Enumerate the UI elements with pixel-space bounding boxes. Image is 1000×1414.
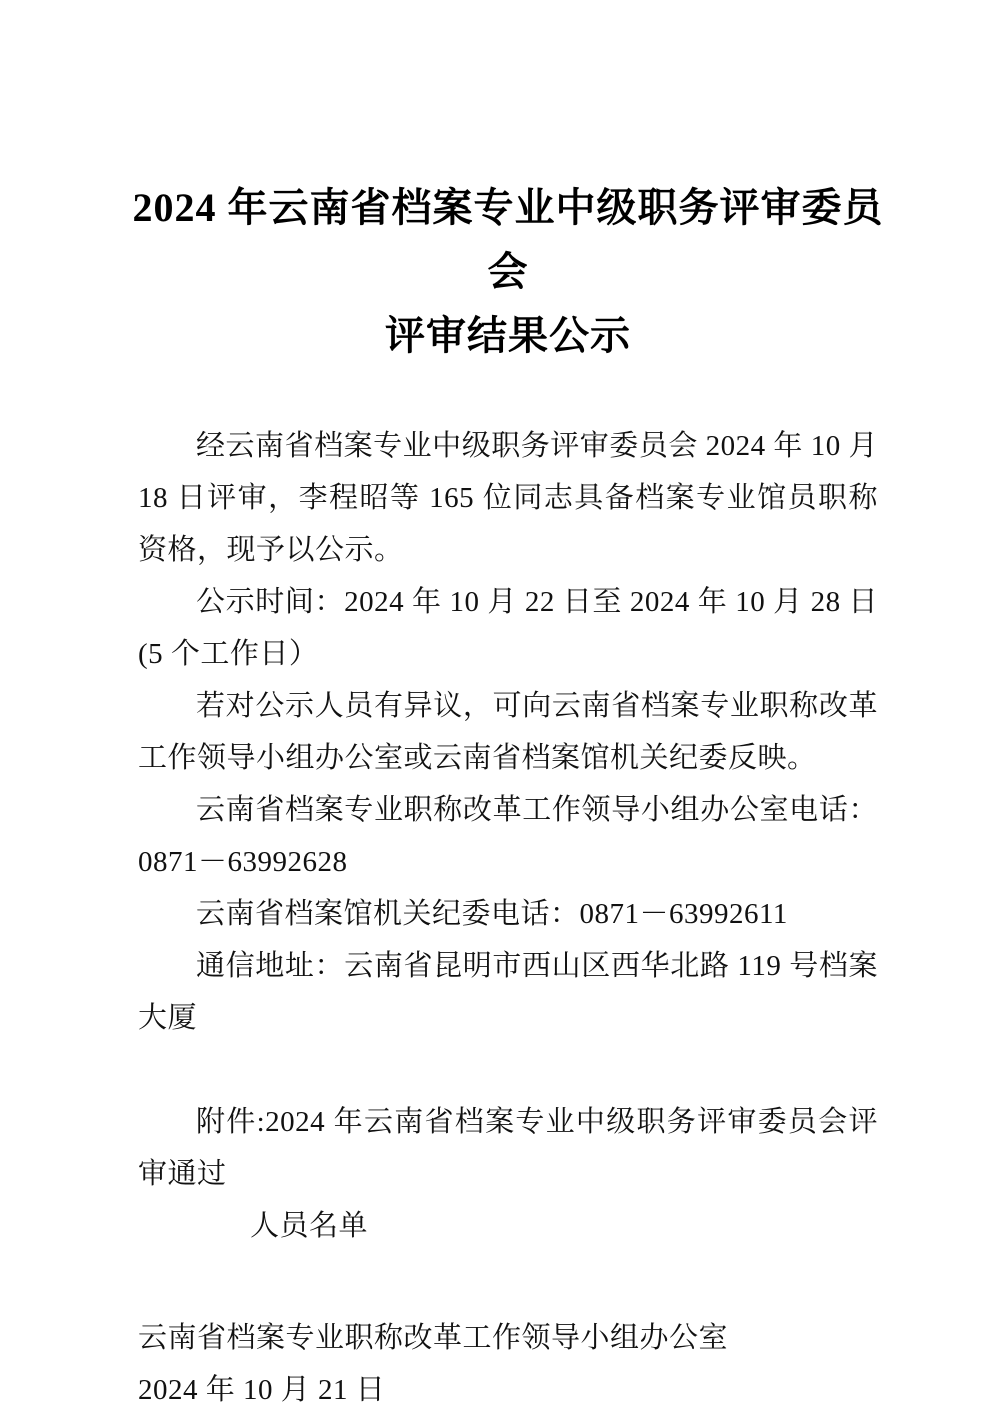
signature-date: 2024 年 10 月 21 日 — [138, 1364, 878, 1414]
signature-block: 云南省档案专业职称改革工作领导小组办公室 2024 年 10 月 21 日 — [138, 1312, 878, 1414]
document-title: 2024 年云南省档案专业中级职务评审委员会 评审结果公示 — [128, 176, 888, 368]
document-body: 经云南省档案专业中级职务评审委员会 2024 年 10 月 18 日评审，李程昭… — [138, 420, 878, 1414]
paragraph-objection-channel: 若对公示人员有异议，可向云南省档案专业职称改革工作领导小组办公室或云南省档案馆机… — [138, 680, 878, 784]
document-title-line1: 2024 年云南省档案专业中级职务评审委员会 — [128, 176, 888, 304]
attachment-note-line1: 附件:2024 年云南省档案专业中级职务评审委员会评审通过 — [138, 1096, 878, 1200]
document-page: 2024 年云南省档案专业中级职务评审委员会 评审结果公示 经云南省档案专业中级… — [0, 0, 1000, 1414]
signature-issuer: 云南省档案专业职称改革工作领导小组办公室 — [138, 1312, 878, 1364]
document-title-line2: 评审结果公示 — [128, 304, 888, 368]
paragraph-mailing-address: 通信地址：云南省昆明市西山区西华北路 119 号档案大厦 — [138, 940, 878, 1044]
attachment-note-line2: 人员名单 — [138, 1200, 878, 1252]
spacer — [138, 1044, 878, 1096]
paragraph-office-phone: 云南省档案专业职称改革工作领导小组办公室电话：0871－63992628 — [138, 784, 878, 888]
paragraph-review-result: 经云南省档案专业中级职务评审委员会 2024 年 10 月 18 日评审，李程昭… — [138, 420, 878, 576]
paragraph-discipline-phone: 云南省档案馆机关纪委电话：0871－63992611 — [138, 888, 878, 940]
paragraph-publicity-period: 公示时间：2024 年 10 月 22 日至 2024 年 10 月 28 日(… — [138, 576, 878, 680]
